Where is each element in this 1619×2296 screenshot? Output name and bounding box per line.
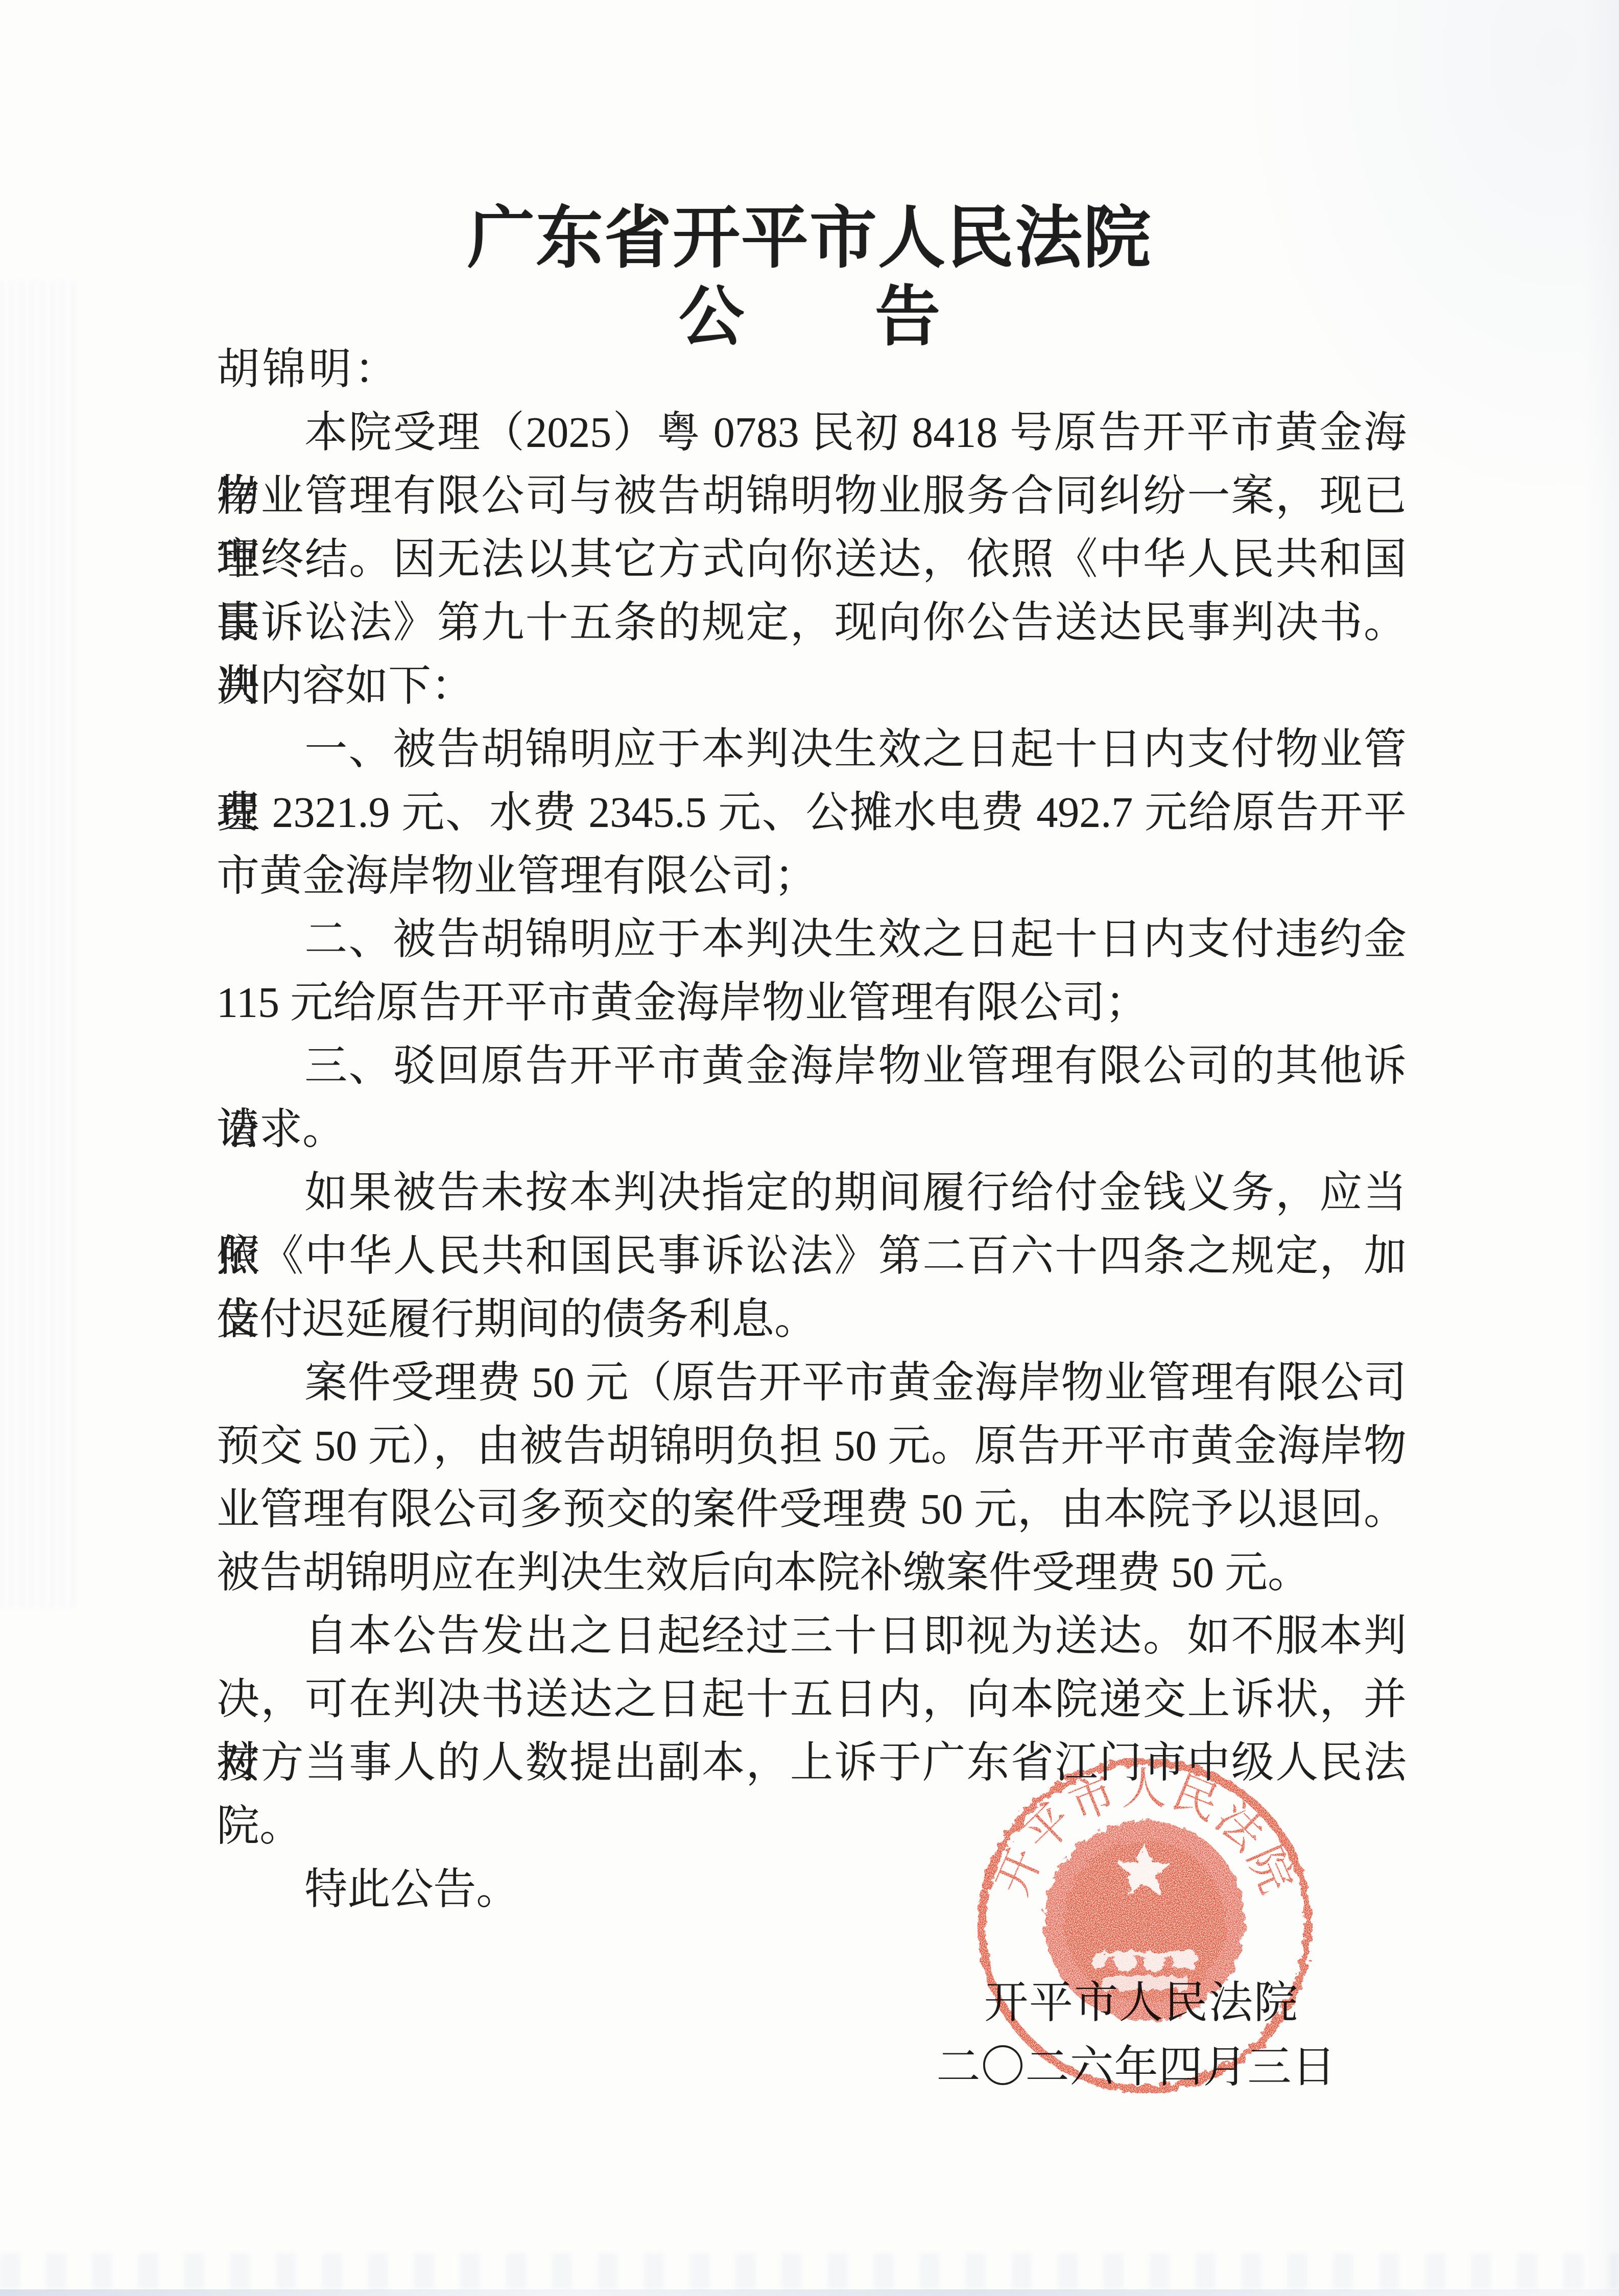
body-line: 费 2321.9 元、水费 2345.5 元、公摊水电费 492.7 元给原告开… [217,782,1407,845]
court-notice-document: 广东省开平市人民法院 公 告 胡锦明： 本院受理（2025）粤 0783 民初 … [0,0,1619,2296]
body-line: 决，可在判决书送达之日起十五日内，向本院递交上诉状，并按 [217,1668,1407,1732]
body-line: 预交 50 元），由被告胡锦明负担 50 元。原告开平市黄金海岸物 [217,1415,1407,1478]
body-line: 案件受理费 50 元（原告开平市黄金海岸物业管理有限公司 [217,1352,1407,1415]
notice-body: 本院受理（2025）粤 0783 民初 8418 号原告开平市黄金海岸 物业管理… [217,401,1407,1922]
body-line: 照《中华人民共和国民事诉讼法》第二百六十四条之规定，加倍 [217,1225,1407,1288]
scan-artifact-left [0,281,77,1609]
body-line: 一、被告胡锦明应于本判决生效之日起十日内支付物业管理 [217,718,1407,782]
body-line: 院。 [217,1795,1407,1858]
signature-court-name: 开平市人民法院 [973,1975,1310,2031]
body-line: 自本公告发出之日起经过三十日即视为送达。如不服本判 [217,1605,1407,1668]
body-line: 物业管理有限公司与被告胡锦明物业服务合同纠纷一案，现已审 [217,465,1407,528]
body-line: 被告胡锦明应在判决生效后向本院补缴案件受理费 50 元。 [217,1542,1407,1605]
body-line: 决内容如下： [217,655,1407,718]
body-line: 理终结。因无法以其它方式向你送达，依照《中华人民共和国民 [217,528,1407,591]
body-line: 业管理有限公司多预交的案件受理费 50 元，由本院予以退回。 [217,1478,1407,1542]
body-line: 三、驳回原告开平市黄金海岸物业管理有限公司的其他诉讼 [217,1035,1407,1098]
body-line: 115 元给原告开平市黄金海岸物业管理有限公司； [217,972,1407,1035]
body-line: 请求。 [217,1098,1407,1162]
body-line: 事诉讼法》第九十五条的规定，现向你公告送达民事判决书。判 [217,591,1407,655]
body-line: 如果被告未按本判决指定的期间履行给付金钱义务，应当依 [217,1162,1407,1225]
scan-artifact-bottom-edge [0,2289,1619,2296]
signature-date: 二〇二六年四月三日 [935,2039,1338,2095]
court-title: 广东省开平市人民法院 [0,200,1619,277]
body-line: 特此公告。 [217,1858,1407,1922]
body-line: 二、被告胡锦明应于本判决生效之日起十日内支付违约金 [217,908,1407,972]
body-line: 市黄金海岸物业管理有限公司； [217,845,1407,908]
recipient-name: 胡锦明： [217,338,400,401]
scan-artifact-bottom [0,2253,1619,2289]
body-line: 对方当事人的人数提出副本，上诉于广东省江门市中级人民法 [217,1732,1407,1795]
body-line: 支付迟延履行期间的债务利息。 [217,1288,1407,1352]
body-line: 本院受理（2025）粤 0783 民初 8418 号原告开平市黄金海岸 [217,401,1407,465]
